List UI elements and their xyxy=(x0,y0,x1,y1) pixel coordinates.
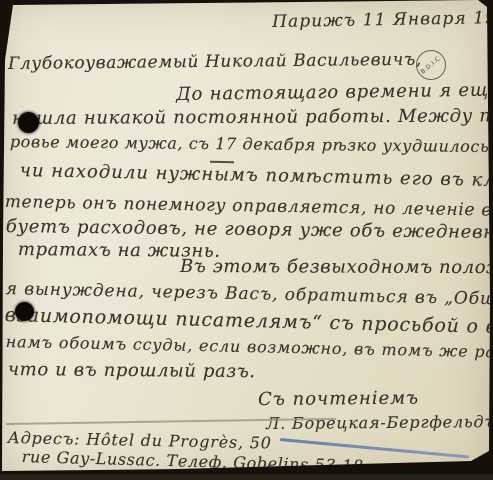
body-line-2: нашла никакой постоянной работы. Между т… xyxy=(12,105,493,129)
letter-paper: Парижъ 11 Января 1921г. Глубокоуважаемый… xyxy=(0,0,493,480)
address-line-2: rue Gay-Lussac. Телеф. Gobelins 53-18 xyxy=(21,447,363,476)
hole-punch-bottom xyxy=(15,302,34,321)
salutation-line: Глубокоуважаемый Николай Васильевичъ, xyxy=(8,50,422,74)
signature: Л. Борецкая-Бергфельдъ xyxy=(266,412,493,433)
body-line-1: До настоящаго времени я еще не xyxy=(176,79,493,105)
closing-line: Съ почтеніемъ xyxy=(258,388,419,410)
body-line-4: чи находили нужнымъ помѣстить его въ кли… xyxy=(20,160,493,192)
ink-underline-mark xyxy=(210,161,234,163)
body-line-3: ровье моего мужа, съ 17 декабря рѣзко ух… xyxy=(10,132,493,157)
body-line-12: что и въ прошлый разъ. xyxy=(8,359,256,382)
date-line: Парижъ 11 Января 1921г. xyxy=(272,7,493,32)
body-line-8: Въ этомъ безвыходномъ положеніи xyxy=(180,256,493,278)
body-line-11: намъ обоимъ ссуды, если возможно, въ том… xyxy=(6,332,493,363)
bdic-stamp: B.D.I.C xyxy=(415,49,446,80)
bdic-stamp-label: B.D.I.C xyxy=(420,55,442,75)
scan-bottom-edge xyxy=(0,474,493,480)
letter-scan: Парижъ 11 Января 1921г. Глубокоуважаемый… xyxy=(0,0,493,480)
hole-punch-top xyxy=(18,112,39,133)
